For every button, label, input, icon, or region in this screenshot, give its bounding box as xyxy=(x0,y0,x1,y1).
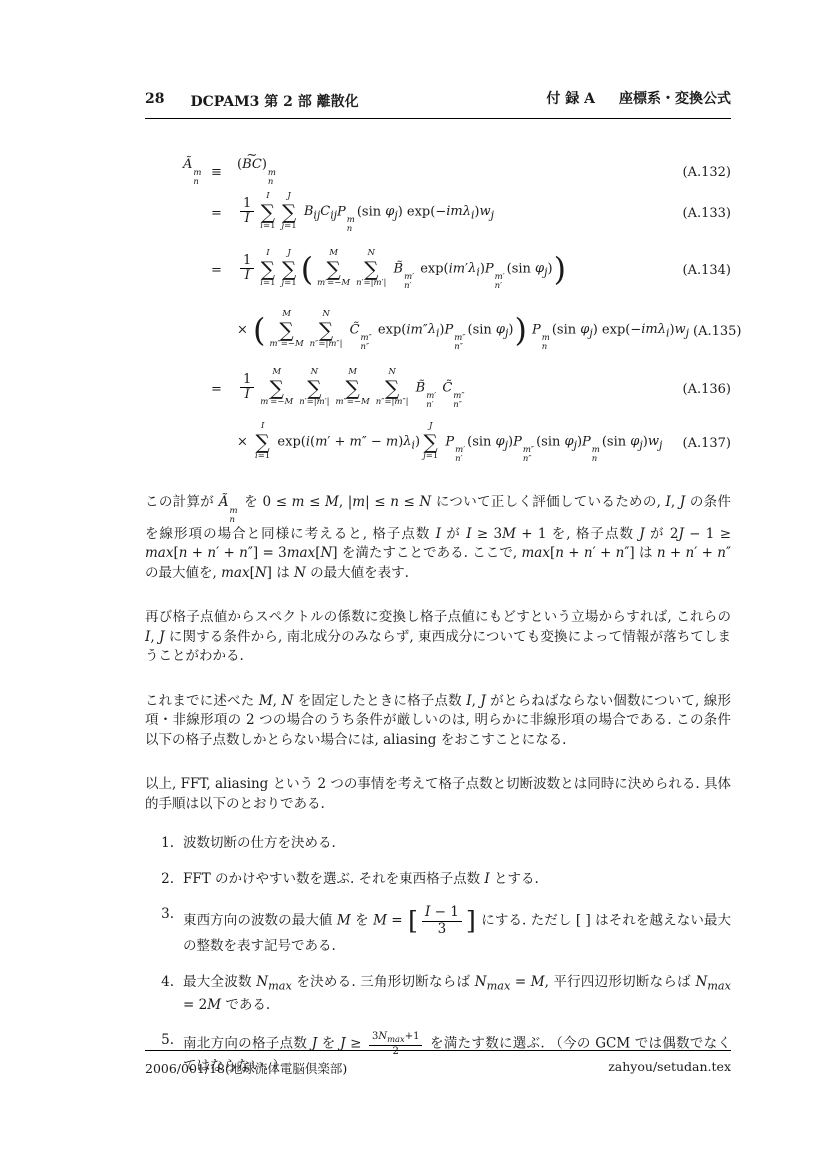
equation-body: 1IM∑m′=−MN∑n′=|m′|M∑m″=−MN∑n″=|m″| B̃m′n… xyxy=(237,368,679,410)
paragraph-evaluation-conditions: この計算が Ãmn を 0 ≤ m ≤ M, |m| ≤ n ≤ N について正… xyxy=(145,493,731,583)
equation-body: 1II∑i=1J∑j=1 BijCijPmn(sin φj) exp(−imλi… xyxy=(237,192,679,234)
list-item-text: 東西方向の波数の最大値 M を M = [I − 13] にする. ただし [ … xyxy=(183,905,731,957)
list-item-2: 2. FFT のかけやすい数を選ぶ. それを東西格子点数 I とする. xyxy=(159,870,731,890)
appendix-label: 付 録 A xyxy=(546,88,595,108)
equation-relation: = xyxy=(211,263,237,278)
list-item-text: 波数切断の仕方を決める. xyxy=(183,834,731,854)
list-item-number: 1. xyxy=(159,834,183,854)
equation-body: (BC∼)mn xyxy=(237,157,679,186)
equation-number: (A.135) xyxy=(689,324,741,339)
equation-A137: × I∑i=1 exp(i(m′ + m″ − m)λi)J∑j=1 Pm′n′… xyxy=(145,418,731,468)
footer-filename: zahyou/setudan.tex xyxy=(608,1059,731,1077)
list-item-text: FFT のかけやすい数を選ぶ. それを東西格子点数 I とする. xyxy=(183,870,731,890)
equation-number: (A.132) xyxy=(679,165,731,180)
list-item-3: 3. 東西方向の波数の最大値 M を M = [I − 13] にする. ただし… xyxy=(159,905,731,957)
equation-relation: ≡ xyxy=(211,165,237,180)
page-number: 28 xyxy=(145,91,164,111)
equation-number: (A.133) xyxy=(679,206,731,221)
list-item-number: 3. xyxy=(159,905,183,957)
page-footer: 2006/001/18(地球流体電脳倶楽部) zahyou/setudan.te… xyxy=(145,1050,731,1077)
equation-lhs: Ãmn xyxy=(183,157,211,186)
document-title: DCPAM3 第 2 部 離散化 xyxy=(190,91,358,111)
page: 28 DCPAM3 第 2 部 離散化 付 録 A 座標系・変換公式 Ãmn ≡… xyxy=(0,0,826,1169)
equation-body: × (M∑m″=−MN∑n″=|m″| C̃m″n″ exp(im″λi)Pm″… xyxy=(237,310,689,352)
equation-A136: = 1IM∑m′=−MN∑n′=|m′|M∑m″=−MN∑n″=|m″| B̃m… xyxy=(145,360,731,418)
page-header: 28 DCPAM3 第 2 部 離散化 付 録 A 座標系・変換公式 xyxy=(145,88,731,119)
equation-A132: Ãmn ≡ (BC∼)mn (A.132) xyxy=(145,156,731,188)
equation-body: 1II∑i=1J∑j=1(M∑m′=−MN∑n′=|m′| B̃m′n′ exp… xyxy=(237,249,679,291)
list-item-number: 2. xyxy=(159,870,183,890)
paragraph-procedure-intro: 以上, FFT, aliasing という 2 つの事情を考えて格子点数と切断波… xyxy=(145,775,731,814)
header-left: 28 DCPAM3 第 2 部 離散化 xyxy=(145,91,359,111)
list-item-number: 4. xyxy=(159,973,183,1016)
equation-number: (A.137) xyxy=(679,436,731,451)
equation-relation: = xyxy=(211,206,237,221)
list-item-4: 4. 最大全波数 Nmax を決める. 三角形切断ならば Nmax = M, 平… xyxy=(159,973,731,1016)
page-body: Ãmn ≡ (BC∼)mn (A.132) = 1II∑i=1J∑j=1 Bij… xyxy=(145,118,731,1077)
equation-block: Ãmn ≡ (BC∼)mn (A.132) = 1II∑i=1J∑j=1 Bij… xyxy=(145,156,731,468)
paragraph-aliasing-condition: これまでに述べた M, N を固定したときに格子点数 I, J がとらねばならな… xyxy=(145,692,731,751)
equation-A134: = 1II∑i=1J∑j=1(M∑m′=−MN∑n′=|m′| B̃m′n′ e… xyxy=(145,238,731,302)
header-right: 付 録 A 座標系・変換公式 xyxy=(546,88,731,108)
list-item-text: 最大全波数 Nmax を決める. 三角形切断ならば Nmax = M, 平行四辺… xyxy=(183,973,731,1016)
equation-A133: = 1II∑i=1J∑j=1 BijCijPmn(sin φj) exp(−im… xyxy=(145,188,731,238)
equation-relation: = xyxy=(211,382,237,397)
equation-number: (A.134) xyxy=(679,263,731,278)
procedure-list: 1. 波数切断の仕方を決める. 2. FFT のかけやすい数を選ぶ. それを東西… xyxy=(145,834,731,1077)
paragraph-information-loss: 再び格子点値からスペクトルの係数に変換し格子点値にもどすという立場からすれば, … xyxy=(145,608,731,667)
list-item-1: 1. 波数切断の仕方を決める. xyxy=(159,834,731,854)
section-title: 座標系・変換公式 xyxy=(619,88,731,108)
equation-body: × I∑i=1 exp(i(m′ + m″ − m)λi)J∑j=1 Pm′n′… xyxy=(237,422,679,464)
equation-A135: × (M∑m″=−MN∑n″=|m″| C̃m″n″ exp(im″λi)Pm″… xyxy=(145,302,731,360)
footer-date: 2006/001/18(地球流体電脳倶楽部) xyxy=(145,1059,347,1077)
equation-number: (A.136) xyxy=(679,382,731,397)
